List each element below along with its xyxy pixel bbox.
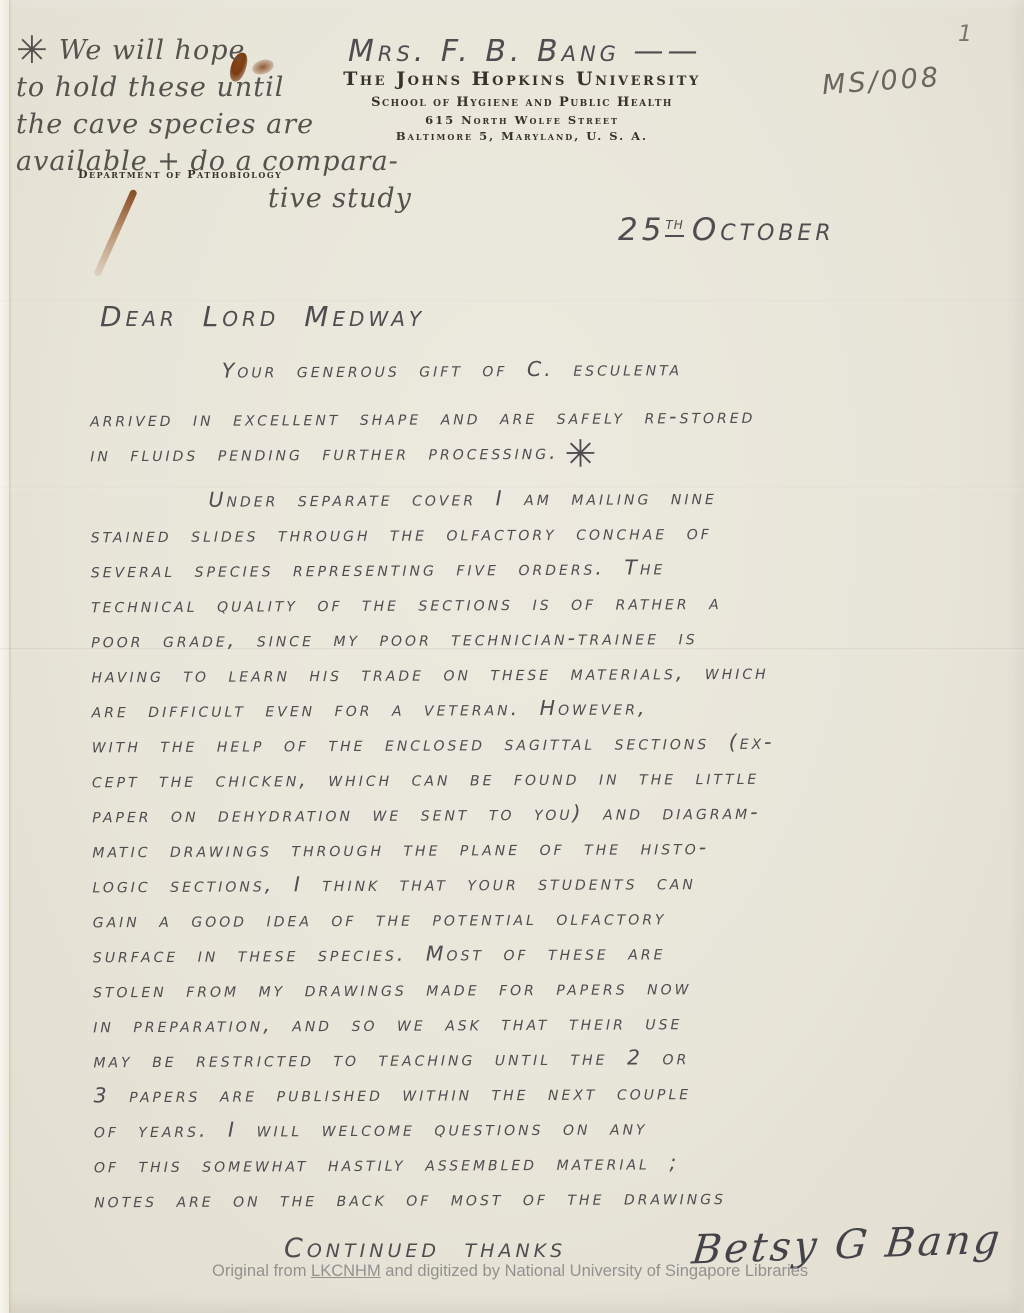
letter-line: having to learn his trade on these mater… [91,654,979,694]
letter-line: 3 papers are published within the next c… [94,1074,982,1114]
letterhead-handwritten-name: Mrs. F. B. Bang —— [348,34,778,69]
archival-code: MS/008 [821,62,942,101]
letter-line: may be restricted to teaching until the … [93,1039,981,1079]
scanner-edge [0,0,9,1313]
letter-line: paper on dehydration we sent to you) and… [92,794,980,834]
letter-line: in preparation, and so we ask that their… [93,1004,981,1044]
letter-line: Under separate cover I am mailing nine [90,479,978,519]
letter-line: cept the chicken, which can be found in … [92,759,980,799]
letter-line: technical quality of the sections is of … [91,584,979,624]
letter-line: gain a good idea of the potential olfact… [93,899,981,939]
letter-line: logic sections, I think that your studen… [92,864,980,904]
closing-line: Continued thanks [284,1233,566,1264]
marginal-note-line: available + do a compara- [16,143,486,180]
salutation: Dear Lord Medway [100,300,425,333]
letter-line: arrived in excellent shape and are safel… [90,398,978,438]
date-ordinal: th [665,214,683,237]
watermark-organization: National University of Singapore Librari… [505,1262,809,1280]
date-day: 25 [618,212,665,248]
date-line: 25thOctober [618,212,835,248]
asterisk-icon: ✳ [564,432,596,476]
marginal-note-text: We will hope [59,35,246,66]
letter-line: are difficult even for a veteran. Howeve… [92,689,980,729]
letter-line: poor grade, since my poor technician-tra… [91,619,979,659]
letter-line: stained slides through the olfactory con… [91,514,979,554]
letter-line: with the help of the enclosed sagittal s… [92,724,980,764]
page-number: 1 [958,22,972,47]
watermark-middle: and digitized by [381,1262,505,1280]
digitization-watermark: Original from LKCNHM and digitized by Na… [212,1262,808,1281]
date-month: October [692,212,835,248]
letter-line: Your generous gift of C. esculenta [90,350,978,390]
letter-line: in fluids pending further processing.✳ [90,433,978,473]
letter-body: Your generous gift of C. esculenta arriv… [90,350,983,1219]
letter-line: surface in these species. Most of these … [93,934,981,974]
marginal-note-line: the cave species are [16,106,486,143]
marginal-note-line: to hold these until [16,69,486,106]
watermark-prefix: Original from [212,1262,311,1280]
asterisk-icon: ✳ [16,28,49,72]
letter-line: stolen from my drawings made for papers … [93,969,981,1009]
letter-line-text: in fluids pending further processing. [90,440,558,466]
marginal-note-line: tive study [16,180,486,217]
letter-scan: ✳We will hope to hold these until the ca… [0,0,1024,1313]
letter-line: of this somewhat hastily assembled mater… [94,1144,982,1184]
letter-line: several species representing five orders… [91,549,979,589]
letter-line: matic drawings through the plane of the … [92,829,980,869]
letter-line: of years. I will welcome questions on an… [94,1109,982,1149]
letter-line: notes are on the back of most of the dra… [94,1179,982,1219]
watermark-source-link: LKCNHM [311,1262,381,1280]
